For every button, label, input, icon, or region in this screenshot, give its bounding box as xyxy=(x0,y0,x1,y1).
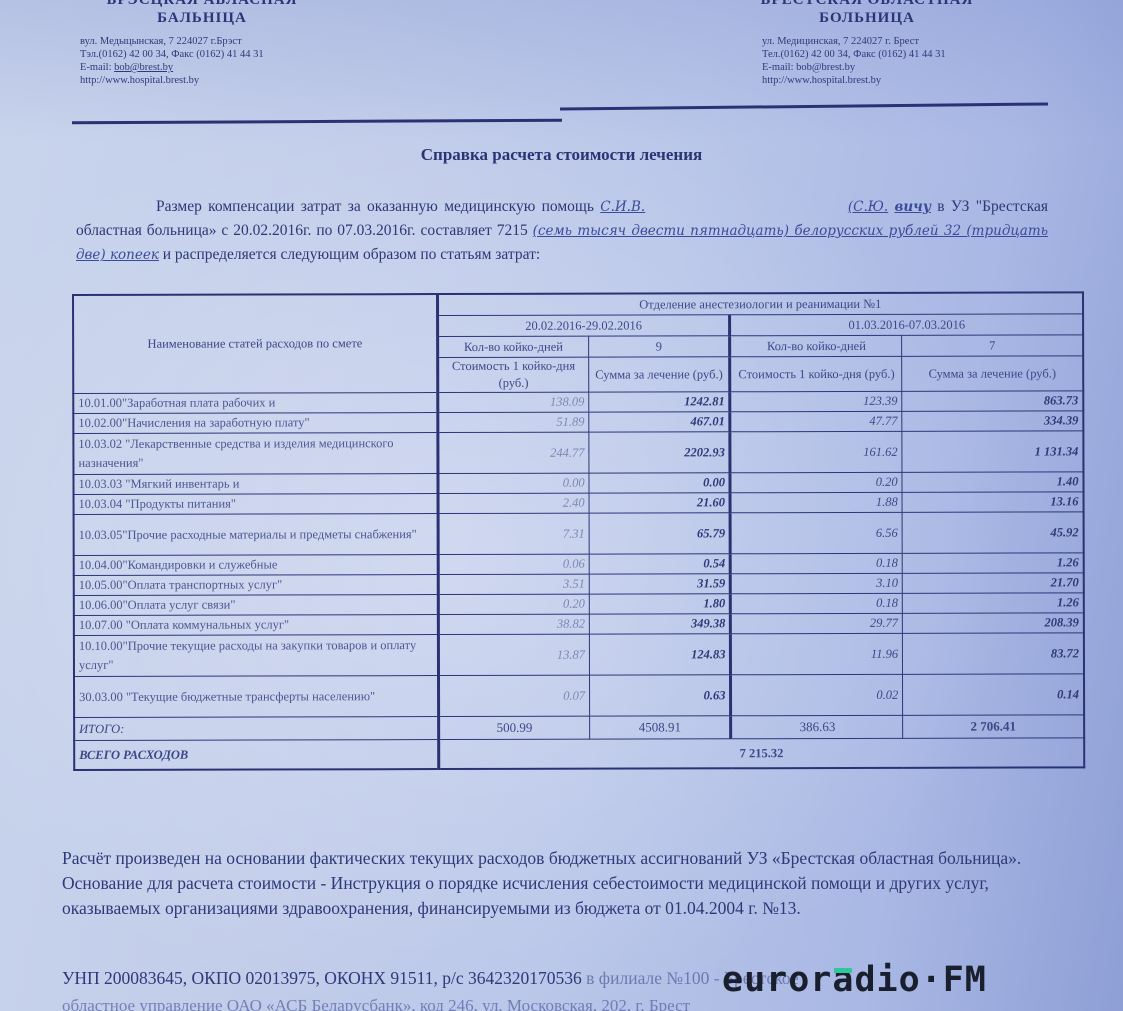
letterhead-left-title-line1: БРЭСЦКАЯ АБЛАСНАЯ xyxy=(52,0,352,9)
table-row: 10.04.00"Командировки и служебные0.060.5… xyxy=(74,553,1084,576)
total-p1-treatment-sum: 4508.91 xyxy=(590,716,731,739)
letterhead-right-website: http://www.hospital.brest.by xyxy=(762,74,992,87)
row-p1-cost-per-day: 2.40 xyxy=(438,493,590,513)
logo-accent-letter: a xyxy=(832,960,854,1000)
header-period-2: 01.03.2016-07.03.2016 xyxy=(730,314,1083,336)
row-item-name: 10.05.00"Оплата транспортных услуг" xyxy=(74,575,438,596)
requisites-text: УНП 200083645, ОКПО 02013975, ОКОНХ 9151… xyxy=(62,968,582,988)
row-p1-treatment-sum: 31.59 xyxy=(589,574,730,594)
table-row: 10.03.03 "Мягкий инвентарь и0.000.000.20… xyxy=(73,472,1083,495)
header-p2-cost-per-day: Стоимость 1 койко-дня (руб.) xyxy=(730,356,902,391)
row-p1-cost-per-day: 3.51 xyxy=(438,574,590,594)
row-p2-treatment-sum: 1.40 xyxy=(902,472,1083,492)
row-p2-treatment-sum: 13.16 xyxy=(902,492,1083,512)
cost-table: Наименование статей расходов по смете От… xyxy=(72,291,1085,771)
table-row-total: ИТОГО:500.994508.91386.632 706.41 xyxy=(74,715,1084,741)
row-p2-treatment-sum: 83.72 xyxy=(903,633,1084,674)
table-header-row-department: Наименование статей расходов по смете От… xyxy=(73,292,1083,316)
email-label: E-mail: xyxy=(80,62,114,73)
row-p2-treatment-sum: 21.70 xyxy=(902,573,1083,593)
row-p2-cost-per-day: 11.96 xyxy=(731,633,903,674)
table-row: 10.03.02 "Лекарственные средства и издел… xyxy=(73,431,1083,475)
letterhead-left: БРЭСЦКАЯ АБЛАСНАЯ БАЛЬНІЦА вул. Медыцынс… xyxy=(80,0,352,87)
row-p2-cost-per-day: 0.02 xyxy=(731,674,903,715)
letterhead-divider-right xyxy=(560,102,1048,110)
row-item-name: 10.03.03 "Мягкий инвентарь и xyxy=(73,474,437,495)
row-p1-cost-per-day: 13.87 xyxy=(438,634,590,675)
letterhead-left-address: вул. Медыцынская, 7 224027 г.Брэст xyxy=(80,35,352,48)
row-p1-cost-per-day: 51.89 xyxy=(437,412,589,432)
table-row: 10.02.00"Начисления на заработную плату"… xyxy=(73,411,1083,434)
row-item-name: 10.06.00"Оплата услуг связи" xyxy=(74,595,438,616)
row-p1-treatment-sum: 0.54 xyxy=(589,554,730,574)
row-item-name: 10.03.02 "Лекарственные средства и издел… xyxy=(73,433,437,475)
table-row: 10.10.00"Прочие текущие расходы на закуп… xyxy=(74,633,1084,677)
letterhead-left-email: bob@brest.by xyxy=(114,62,173,73)
row-p2-cost-per-day: 3.10 xyxy=(731,573,903,593)
letterhead-right-title-line1: БРЕСТСКАЯ ОБЛАСТНАЯ xyxy=(742,0,992,9)
row-p1-cost-per-day: 0.00 xyxy=(438,473,590,493)
row-item-name: 10.02.00"Начисления на заработную плату" xyxy=(73,413,437,434)
row-p2-cost-per-day: 47.77 xyxy=(730,411,902,431)
row-p2-cost-per-day: 1.88 xyxy=(731,492,903,512)
document-title: Справка расчета стоимости лечения xyxy=(0,145,1123,165)
row-item-name: 10.10.00"Прочие текущие расходы на закуп… xyxy=(74,635,438,677)
row-p1-cost-per-day: 244.77 xyxy=(437,432,589,473)
grand-total-label: ВСЕГО РАСХОДОВ xyxy=(74,740,438,770)
row-p2-cost-per-day: 0.18 xyxy=(731,593,903,613)
row-item-name: 10.03.04 "Продукты питания" xyxy=(74,494,438,515)
table-row: 10.06.00"Оплата услуг связи"0.201.800.18… xyxy=(74,593,1084,616)
row-p2-treatment-sum: 45.92 xyxy=(902,512,1083,553)
letterhead-right-email: bob@brest.by xyxy=(796,62,855,73)
calculation-basis: Расчёт произведен на основании фактическ… xyxy=(62,846,1082,921)
row-p1-treatment-sum: 349.38 xyxy=(589,614,730,634)
bank-address-cut-line: областное управление ОАО «АСБ Беларусбан… xyxy=(62,996,690,1011)
header-department: Отделение анестезиологии и реанимации №1 xyxy=(437,292,1083,315)
row-p1-cost-per-day: 0.07 xyxy=(438,675,590,716)
header-p2-beddays-label: Кол-во койко-дней xyxy=(730,335,902,356)
row-p2-cost-per-day: 123.39 xyxy=(730,391,902,411)
bank-requisites: УНП 200083645, ОКПО 02013975, ОКОНХ 9151… xyxy=(62,968,799,989)
row-p1-treatment-sum: 65.79 xyxy=(589,513,730,554)
header-item-name: Наименование статей расходов по смете xyxy=(73,294,437,393)
handwritten-name-3: вичу xyxy=(895,199,931,215)
row-p1-treatment-sum: 124.83 xyxy=(589,634,730,675)
handwritten-name-2: (С.Ю. xyxy=(848,199,888,215)
row-p2-cost-per-day: 6.56 xyxy=(731,512,903,553)
table-row: 30.03.00 "Текущие бюджетные трансферты н… xyxy=(74,674,1084,718)
letterhead-divider-left xyxy=(72,119,562,125)
intro-text-1: Размер компенсации затрат за оказанную м… xyxy=(156,198,600,215)
total-p2-cost-per-day: 386.63 xyxy=(731,715,903,738)
header-p1-beddays-label: Кол-во койко-дней xyxy=(437,336,589,357)
euroradio-fm-logo: euroradio·FM xyxy=(722,960,987,1000)
row-p1-treatment-sum: 1242.81 xyxy=(589,392,730,412)
row-item-name: 10.07.00 "Оплата коммунальных услуг" xyxy=(74,615,438,636)
header-p2-beddays-value: 7 xyxy=(902,335,1083,356)
intro-text-3: и распределяется следующим образом по ст… xyxy=(159,246,540,263)
row-item-name: 10.01.00"Заработная плата рабочих и xyxy=(73,393,437,414)
email-label: E-mail: xyxy=(762,62,796,73)
letterhead-left-title-line2: БАЛЬНІЦА xyxy=(52,9,352,27)
handwritten-name-1: С.И.В. xyxy=(600,199,645,215)
header-period-1: 20.02.2016-29.02.2016 xyxy=(437,315,730,337)
letterhead-right-title-line2: БОЛЬНИЦА xyxy=(742,9,992,27)
table-row-grand-total: ВСЕГО РАСХОДОВ7 215.32 xyxy=(74,738,1084,770)
total-p1-cost-per-day: 500.99 xyxy=(438,716,590,739)
header-p1-cost-per-day: Стоимость 1 койко-дня (руб.) xyxy=(437,357,589,392)
row-item-name: 10.03.05"Прочие расходные материалы и пр… xyxy=(74,514,438,556)
logo-text-2: dio xyxy=(854,960,920,1000)
row-p2-treatment-sum: 1.26 xyxy=(902,553,1083,573)
intro-paragraph: Размер компенсации затрат за оказанную м… xyxy=(76,195,1048,267)
total-p2-treatment-sum: 2 706.41 xyxy=(903,715,1084,738)
logo-text-3: FM xyxy=(943,960,987,1000)
letterhead-left-phone: Тэл.(0162) 42 00 34, Факс (0162) 41 44 3… xyxy=(80,48,352,61)
row-p1-treatment-sum: 1.80 xyxy=(589,594,730,614)
header-p1-beddays-value: 9 xyxy=(589,336,730,357)
row-p1-cost-per-day: 38.82 xyxy=(438,614,590,634)
row-p2-cost-per-day: 161.62 xyxy=(730,431,902,472)
row-p2-treatment-sum: 1.26 xyxy=(902,593,1083,613)
row-p1-treatment-sum: 0.63 xyxy=(590,675,731,716)
row-p1-cost-per-day: 0.20 xyxy=(438,594,590,614)
logo-dot: · xyxy=(921,960,943,1000)
row-p2-treatment-sum: 208.39 xyxy=(903,613,1084,633)
row-p1-cost-per-day: 7.31 xyxy=(438,513,590,554)
row-p2-cost-per-day: 0.18 xyxy=(731,553,903,573)
row-p1-treatment-sum: 21.60 xyxy=(589,493,730,513)
header-p2-treatment-sum: Сумма за лечение (руб.) xyxy=(902,356,1083,391)
logo-text-1: euror xyxy=(722,960,832,1000)
table-row: 10.05.00"Оплата транспортных услуг"3.513… xyxy=(74,573,1084,596)
row-p2-treatment-sum: 334.39 xyxy=(902,411,1083,431)
letterhead-right: БРЕСТСКАЯ ОБЛАСТНАЯ БОЛЬНИЦА ул. Медицин… xyxy=(762,0,992,87)
row-item-name: 10.04.00"Командировки и служебные xyxy=(74,555,438,576)
row-p2-treatment-sum: 863.73 xyxy=(902,391,1083,411)
row-p2-cost-per-day: 0.20 xyxy=(730,472,902,492)
grand-total-value: 7 215.32 xyxy=(438,738,1084,769)
letterhead-right-address: ул. Медицинская, 7 224027 г. Брест xyxy=(762,35,992,48)
calculation-basis-text: Расчёт произведен на основании фактическ… xyxy=(62,846,1082,921)
table-row: 10.01.00"Заработная плата рабочих и138.0… xyxy=(73,391,1083,414)
row-p1-treatment-sum: 0.00 xyxy=(589,473,730,493)
table-row: 10.03.04 "Продукты питания"2.4021.601.88… xyxy=(74,492,1084,515)
row-p1-cost-per-day: 0.06 xyxy=(438,554,590,574)
total-label: ИТОГО: xyxy=(74,717,438,741)
row-p1-treatment-sum: 2202.93 xyxy=(589,432,730,473)
row-p2-cost-per-day: 29.77 xyxy=(731,613,903,633)
letterhead-right-email-row: E-mail: bob@brest.by xyxy=(762,61,992,74)
letterhead-left-website: http://www.hospital.brest.by xyxy=(80,74,352,87)
letterhead-right-phone: Тел.(0162) 42 00 34, Факс (0162) 41 44 3… xyxy=(762,48,992,61)
row-p1-treatment-sum: 467.01 xyxy=(589,412,730,432)
row-item-name: 30.03.00 "Текущие бюджетные трансферты н… xyxy=(74,676,438,718)
row-p1-cost-per-day: 138.09 xyxy=(437,392,589,412)
table-row: 10.03.05"Прочие расходные материалы и пр… xyxy=(74,512,1084,556)
row-p2-treatment-sum: 1 131.34 xyxy=(902,431,1083,472)
table-row: 10.07.00 "Оплата коммунальных услуг"38.8… xyxy=(74,613,1084,636)
letterhead-left-email-row: E-mail: bob@brest.by xyxy=(80,61,352,74)
row-p2-treatment-sum: 0.14 xyxy=(903,674,1084,715)
header-p1-treatment-sum: Сумма за лечение (руб.) xyxy=(589,357,730,392)
